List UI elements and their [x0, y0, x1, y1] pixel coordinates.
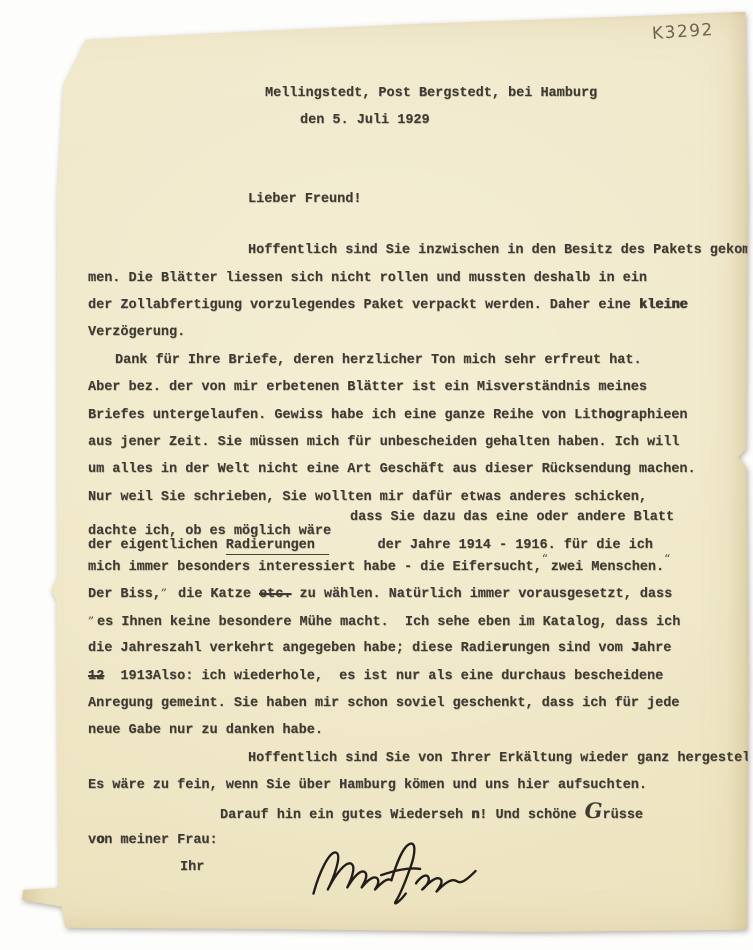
letter-line: „es Ihnen keine besondere Mühe macht. Ic… — [88, 608, 729, 635]
letter-line: Anregung gemeint. Sie haben mir schon so… — [88, 690, 729, 717]
letter-line: 12 1913Also: ich wiederhole, es ist nur … — [88, 663, 729, 690]
letter-line: Verzögerung. — [88, 319, 729, 346]
letter-line: Darauf hin ein gutes Wiederseh n! Und sc… — [88, 800, 729, 827]
letter-line: aus jener Zeit. Sie müssen mich für unbe… — [88, 429, 729, 456]
letter-line: dass Sie dazu das eine oder andere Blatt — [88, 511, 729, 525]
letter-line: Hoffentlich sind Sie inzwischen in den B… — [88, 237, 729, 264]
letter-line: Dank für Ihre Briefe, deren herzlicher T… — [88, 347, 729, 374]
letter-line: neue Gabe nur zu danken habe. — [88, 717, 729, 744]
letter-line: Aber bez. der von mir erbetenen Blätter … — [88, 374, 729, 401]
letter-line: Briefes untergelaufen. Gewiss habe ich e… — [88, 402, 729, 429]
letter-line: men. Die Blätter liessen sich nicht roll… — [88, 265, 729, 292]
letter-line: Lieber Freund! — [88, 186, 729, 213]
letter-line: die Jahreszahl verkehrt angegeben habe; … — [88, 635, 729, 662]
letter-paper: K3292 Mellingstedt, Post Bergstedt, bei … — [16, 10, 749, 938]
letter-line: der eigentlichen Radierungen der Jahre 1… — [88, 539, 729, 553]
archive-number-pencil: K3292 — [651, 20, 714, 44]
letter-line: Der Biss,„ die Katze etc. zu wählen. Nat… — [88, 580, 729, 607]
letter-line: Hoffentlich sind Sie von Ihrer Erkältung… — [88, 745, 729, 772]
letter-body: Mellingstedt, Post Bergstedt, bei Hambur… — [88, 80, 729, 882]
letter-line: dachte ich, ob es möglich wäre — [88, 525, 729, 539]
letter-line: den 5. Juli 1929 — [88, 107, 729, 134]
letter-line: um alles in der Welt nicht eine Art Gesc… — [88, 456, 729, 483]
letter-line: mich immer besonders interessiert habe -… — [88, 553, 729, 580]
letter-line: Nur weil Sie schrieben, Sie wollten mir … — [88, 484, 729, 511]
letter-line: der Zollabfertigung vorzulegendes Paket … — [88, 292, 729, 319]
signature-handwriting — [305, 830, 485, 910]
scanned-letter: K3292 Mellingstedt, Post Bergstedt, bei … — [0, 0, 753, 950]
letter-line: Mellingstedt, Post Bergstedt, bei Hambur… — [88, 80, 729, 107]
letter-line: Es wäre zu fein, wenn Sie über Hamburg k… — [88, 772, 729, 799]
